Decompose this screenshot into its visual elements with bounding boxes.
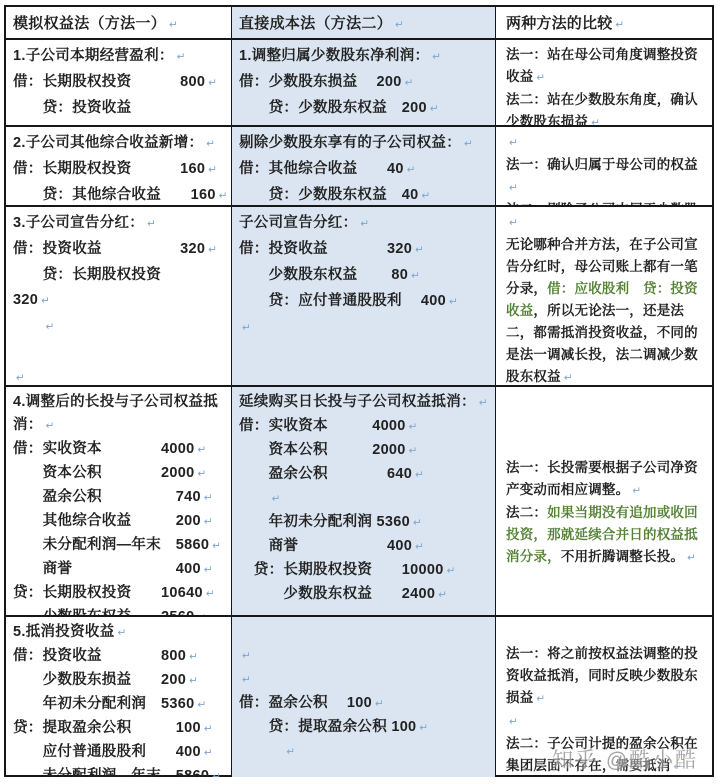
text-segment: 2.子公司其他综合收益新增：	[13, 135, 203, 151]
text-segment: 贷：长期股权投资 10640	[13, 585, 203, 601]
text-line: 法一：长投需要根据子公司净资产变动而相应调整。↵	[506, 457, 708, 502]
text-segment: 借：实收资本 4000	[239, 418, 406, 434]
text-segment: 法二：站在少数股东角度，确认少数股东损益	[506, 92, 698, 125]
paragraph-mark-icon: ↵	[189, 675, 198, 687]
paragraph-mark-icon: ↵	[413, 517, 422, 529]
text-line: 法二：如果当期没有追加或收回投资，那就延续合并日的权益抵消分录，不用折腾调整长投…	[506, 502, 708, 569]
paragraph-mark-icon: ↵	[204, 723, 213, 735]
text-line: 借：少数股东损益 200↵	[239, 70, 493, 96]
paragraph-mark-icon: ↵	[242, 650, 251, 662]
text-segment: 不用折腾调整长投。	[561, 549, 684, 564]
text-segment: 4.调整后的长投与子公司权益抵消：	[13, 394, 218, 433]
text-line: 借：盈余公积 100↵	[239, 692, 493, 716]
paragraph-mark-icon: ↵	[509, 217, 518, 229]
paragraph-mark-icon: ↵	[395, 19, 404, 31]
text-line: 贷：投资收益 800↵	[13, 96, 229, 125]
paragraph-mark-icon: ↵	[206, 588, 215, 600]
text-line: 年初未分配利润 5360↵	[239, 511, 493, 535]
paragraph-mark-icon: ↵	[415, 469, 424, 481]
paragraph-mark-icon: ↵	[46, 420, 55, 432]
table-cell: 1.子公司本期经营盈利：↵借：长期股权投资 800↵ 贷：投资收益 800↵	[6, 40, 232, 125]
text-line: 盈余公积 640↵	[239, 463, 493, 487]
paragraph-mark-icon: ↵	[204, 747, 213, 759]
paragraph-mark-icon: ↵	[197, 612, 206, 615]
text-line	[506, 391, 708, 413]
paragraph-mark-icon: ↵	[242, 674, 251, 686]
table-row: 3.子公司宣告分红：↵借：投资收益 320↵ 贷：长期股权投资 320↵ ↵↵子…	[6, 207, 712, 387]
paragraph-mark-icon: ↵	[409, 421, 418, 433]
text-segment: 3.子公司宣告分红：	[13, 215, 144, 231]
text-segment	[13, 318, 43, 334]
text-segment: 借：投资收益 800	[13, 648, 186, 664]
table-cell: 3.子公司宣告分红：↵借：投资收益 320↵ 贷：长期股权投资 320↵ ↵↵	[6, 207, 232, 385]
text-segment: 法二：剔除子公司中属于少数股东享有的权益	[506, 202, 698, 205]
text-line: 贷：长期股权投资 10640↵	[13, 582, 229, 606]
paragraph-mark-icon: ↵	[208, 244, 217, 256]
text-segment: 借：投资收益 320	[239, 241, 412, 257]
header-method1-label: 模拟权益法（方法一）	[13, 15, 166, 32]
text-line: 未分配利润—年末 5860↵	[13, 765, 229, 777]
table-cell: ↵无论哪种合并方法，在子公司宣告分红时，母公司账上都有一笔分录，借：应收股利 贷…	[496, 207, 712, 385]
text-line: ↵	[13, 365, 229, 385]
watermark: 知乎 @酷小酷	[552, 744, 698, 774]
text-line: 贷：长期股权投资 320↵	[13, 263, 229, 314]
paragraph-mark-icon: ↵	[479, 397, 488, 409]
text-segment: 盈余公积 740	[13, 489, 201, 505]
text-line: 借：投资收益 800↵	[13, 645, 229, 669]
text-line: 应付普通股股利 400↵	[13, 741, 229, 765]
header-method2-label: 直接成本法（方法二）	[239, 15, 392, 32]
paragraph-mark-icon: ↵	[422, 190, 431, 202]
text-segment: 借：长期股权投资 160	[13, 161, 205, 177]
text-line: 3.子公司宣告分红：↵	[13, 211, 229, 237]
paragraph-mark-icon: ↵	[415, 244, 424, 256]
text-segment: 1.调整归属少数股东净利润：	[239, 48, 429, 64]
document-page: 模拟权益法（方法一）↵ 直接成本法（方法二）↵ 两种方法的比较↵ 1.子公司本期…	[0, 0, 720, 784]
text-segment: 贷：长期股权投资 10000	[239, 562, 444, 578]
text-segment: 借：盈余公积 100	[239, 695, 372, 711]
text-segment: 应付普通股股利 400	[13, 744, 201, 760]
text-segment: 商誉 400	[13, 561, 201, 577]
table-header-row: 模拟权益法（方法一）↵ 直接成本法（方法二）↵ 两种方法的比较↵	[6, 7, 712, 40]
paragraph-mark-icon: ↵	[242, 322, 251, 334]
text-segment: ，所以无论法一，还是法二，都需抵消投资收益，不同的是法一调减长投，法二调减少数股…	[506, 303, 698, 384]
text-segment: 年初未分配利润 5360	[13, 696, 194, 712]
paragraph-mark-icon: ↵	[360, 218, 369, 230]
text-line: 盈余公积 740↵	[13, 486, 229, 510]
table-cell: 4.调整后的长投与子公司权益抵消：↵借：实收资本 4000↵ 资本公积 2000…	[6, 387, 232, 615]
text-segment: 贷：提取盈余公积 100	[239, 719, 416, 735]
table-cell: 延续购买日长投与子公司权益抵消：↵借：实收资本 4000↵ 资本公积 2000↵…	[232, 387, 496, 615]
paragraph-mark-icon: ↵	[509, 716, 518, 728]
paragraph-mark-icon: ↵	[286, 746, 295, 758]
table-cell: 2.子公司其他综合收益新增：↵借：长期股权投资 160↵ 贷：其他综合收益 16…	[6, 127, 232, 205]
text-line: ↵	[13, 314, 229, 340]
text-line: 贷：提取盈余公积 100↵	[13, 717, 229, 741]
text-segment: 5.抵消投资收益	[13, 624, 115, 640]
paragraph-mark-icon: ↵	[407, 164, 416, 176]
paragraph-mark-icon: ↵	[204, 492, 213, 504]
paragraph-mark-icon: ↵	[411, 270, 420, 282]
table-cell: 剔除少数股东享有的子公司权益：↵借：其他综合收益 40↵ 贷：少数股东权益 40…	[232, 127, 496, 205]
text-line: 1.调整归属少数股东净利润：↵	[239, 44, 493, 70]
text-line: ↵	[239, 740, 493, 764]
text-segment: 借：实收资本 4000	[13, 441, 194, 457]
table-row: 4.调整后的长投与子公司权益抵消：↵借：实收资本 4000↵ 资本公积 2000…	[6, 387, 712, 617]
text-line: 未分配利润—年末 5860↵	[13, 534, 229, 558]
text-segment: 资本公积 2000	[13, 465, 194, 481]
text-segment: 年初未分配利润 5360	[239, 514, 410, 530]
text-line: 延续购买日长投与子公司权益抵消：↵	[239, 391, 493, 415]
text-segment: 1.子公司本期经营盈利：	[13, 48, 174, 64]
text-line: 其他综合收益 200↵	[13, 510, 229, 534]
text-line: 借：投资收益 320↵	[13, 237, 229, 263]
paragraph-mark-icon: ↵	[197, 699, 206, 711]
text-line: 贷：少数股东权益 200↵	[239, 96, 493, 122]
paragraph-mark-icon: ↵	[464, 138, 473, 150]
text-line: 子公司宣告分红：↵	[239, 211, 493, 237]
text-line: 贷：应付普通股股利 400↵	[239, 289, 493, 315]
text-segment: 贷：少数股东权益 200	[239, 100, 427, 116]
text-line: 借：长期股权投资 160↵	[13, 157, 229, 183]
paragraph-mark-icon: ↵	[615, 19, 624, 31]
paragraph-mark-icon: ↵	[147, 218, 156, 230]
paragraph-mark-icon: ↵	[430, 103, 439, 115]
table-cell: 1.调整归属少数股东净利润：↵借：少数股东损益 200↵ 贷：少数股东权益 20…	[232, 40, 496, 125]
table-cell: 5.抵消投资收益↵借：投资收益 800↵ 少数股东损益 200↵ 年初未分配利润…	[6, 617, 232, 777]
text-line: 2.子公司其他综合收益新增：↵	[13, 131, 229, 157]
paragraph-mark-icon: ↵	[687, 552, 696, 564]
text-segment: 子公司宣告分红：	[239, 215, 357, 231]
paragraph-mark-icon: ↵	[536, 693, 545, 705]
text-line: 1.子公司本期经营盈利：↵	[13, 44, 229, 70]
paragraph-mark-icon: ↵	[169, 19, 178, 31]
text-line: 法二：剔除子公司中属于少数股东享有的权益↵	[506, 199, 708, 205]
paragraph-mark-icon: ↵	[219, 190, 228, 202]
text-line: 商誉 400↵	[13, 558, 229, 582]
text-segment: 贷：应付普通股股利 400	[239, 293, 446, 309]
table-body: 1.子公司本期经营盈利：↵借：长期股权投资 800↵ 贷：投资收益 800↵1.…	[6, 40, 712, 777]
text-line	[13, 340, 229, 365]
text-segment: 贷：提取盈余公积 100	[13, 720, 201, 736]
paragraph-mark-icon: ↵	[432, 51, 441, 63]
comparison-table: 模拟权益法（方法一）↵ 直接成本法（方法二）↵ 两种方法的比较↵ 1.子公司本期…	[4, 5, 714, 777]
text-segment: 盈余公积 640	[239, 466, 412, 482]
paragraph-mark-icon: ↵	[118, 627, 127, 639]
text-line: 贷：长期股权投资 10000↵	[239, 559, 493, 583]
text-segment: 未分配利润—年末 5860	[13, 537, 209, 553]
text-line: 少数股东权益 80↵	[239, 263, 493, 289]
text-line: 4.调整后的长投与子公司权益抵消：↵	[13, 391, 229, 438]
text-line	[506, 413, 708, 435]
text-segment: 少数股东权益 2560	[13, 609, 194, 615]
paragraph-mark-icon: ↵	[204, 564, 213, 576]
text-segment: 少数股东权益 80	[239, 267, 408, 283]
text-segment: 借：其他综合收益 40	[239, 161, 404, 177]
paragraph-mark-icon: ↵	[632, 485, 641, 497]
text-line: ↵	[239, 607, 493, 615]
paragraph-mark-icon: ↵	[591, 117, 600, 125]
text-line: 商誉 400↵	[239, 535, 493, 559]
table-row: 1.子公司本期经营盈利：↵借：长期股权投资 800↵ 贷：投资收益 800↵1.…	[6, 40, 712, 127]
paragraph-mark-icon: ↵	[41, 295, 50, 307]
text-line: 资本公积 2000↵	[13, 462, 229, 486]
table-cell: ↵法一：确认归属于母公司的权益↵法二：剔除子公司中属于少数股东享有的权益↵	[496, 127, 712, 205]
text-line: 少数股东权益 2560↵	[13, 606, 229, 615]
paragraph-mark-icon: ↵	[564, 372, 573, 384]
text-segment: 借：投资收益 320	[13, 241, 205, 257]
text-line: 借：实收资本 4000↵	[239, 415, 493, 439]
paragraph-mark-icon: ↵	[419, 722, 428, 734]
text-segment: 法一：确认归属于母公司的权益	[506, 157, 698, 172]
text-line: 年初未分配利润 5360↵	[13, 693, 229, 717]
paragraph-mark-icon: ↵	[177, 51, 186, 63]
text-line: ↵	[239, 668, 493, 692]
text-segment: 借：长期股权投资 800	[13, 74, 205, 90]
table-cell: 子公司宣告分红：↵借：投资收益 320↵ 少数股东权益 80↵ 贷：应付普通股股…	[232, 207, 496, 385]
header-cell-comparison: 两种方法的比较↵	[496, 7, 712, 38]
text-segment: 剔除少数股东享有的子公司权益：	[239, 135, 461, 151]
text-line: ↵	[239, 487, 493, 511]
paragraph-mark-icon: ↵	[415, 541, 424, 553]
paragraph-mark-icon: ↵	[208, 77, 217, 89]
text-line: 借：长期股权投资 800↵	[13, 70, 229, 96]
text-segment: 延续购买日长投与子公司权益抵消：	[239, 394, 476, 410]
paragraph-mark-icon: ↵	[206, 138, 215, 150]
text-segment: 少数股东损益 200	[13, 672, 186, 688]
table-row: 2.子公司其他综合收益新增：↵借：长期股权投资 160↵ 贷：其他综合收益 16…	[6, 127, 712, 207]
paragraph-mark-icon: ↵	[46, 321, 55, 333]
text-segment: 其他综合收益 200	[13, 513, 201, 529]
text-segment	[239, 743, 283, 759]
text-segment: 法一：将之前按权益法调整的投资收益抵消，同时反映少数股东损益	[506, 646, 698, 705]
text-line	[239, 621, 493, 644]
text-line: ↵	[239, 315, 493, 341]
text-line: 5.抵消投资收益↵	[13, 621, 229, 645]
text-line: 少数股东权益 2400↵	[239, 583, 493, 607]
text-line	[506, 621, 708, 643]
paragraph-mark-icon: ↵	[204, 516, 213, 528]
text-segment: 法二：	[506, 505, 547, 520]
text-line	[506, 435, 708, 457]
paragraph-mark-icon: ↵	[16, 372, 25, 384]
paragraph-mark-icon: ↵	[509, 137, 518, 149]
text-segment: 贷：其他综合收益 160	[13, 187, 216, 203]
text-segment: 商誉 400	[239, 538, 412, 554]
text-line: 资本公积 2000↵	[239, 439, 493, 463]
paragraph-mark-icon: ↵	[409, 445, 418, 457]
text-line: 法一：确认归属于母公司的权益↵	[506, 154, 708, 199]
text-line: 法二：站在少数股东角度，确认少数股东损益↵	[506, 89, 708, 125]
text-line: 少数股东损益 200↵	[13, 669, 229, 693]
table-cell: ↵↵借：盈余公积 100↵ 贷：提取盈余公积 100↵ ↵	[232, 617, 496, 777]
text-line: 法一：将之前按权益法调整的投资收益抵消，同时反映少数股东损益↵	[506, 643, 708, 710]
text-line: ↵	[239, 644, 493, 668]
paragraph-mark-icon: ↵	[197, 468, 206, 480]
text-segment: 贷：少数股东权益 40	[239, 187, 419, 203]
text-segment: 借：少数股东损益 200	[239, 74, 402, 90]
text-line: 贷：其他综合收益 160↵	[13, 183, 229, 205]
paragraph-mark-icon: ↵	[438, 589, 447, 601]
paragraph-mark-icon: ↵	[212, 771, 221, 777]
paragraph-mark-icon: ↵	[405, 77, 414, 89]
paragraph-mark-icon: ↵	[189, 651, 198, 663]
text-segment: 贷：投资收益 800	[13, 100, 195, 125]
text-line: ↵	[506, 710, 708, 733]
text-line: 贷：少数股东权益 40↵	[239, 183, 493, 205]
text-segment: 法一：站在母公司角度调整投资收益	[506, 47, 698, 84]
paragraph-mark-icon: ↵	[208, 164, 217, 176]
paragraph-mark-icon: ↵	[509, 182, 518, 194]
text-segment	[239, 490, 269, 506]
paragraph-mark-icon: ↵	[375, 698, 384, 710]
text-line: ↵	[506, 131, 708, 154]
paragraph-mark-icon: ↵	[447, 565, 456, 577]
text-line: 剔除少数股东享有的子公司权益：↵	[239, 131, 493, 157]
header-comparison-label: 两种方法的比较	[506, 15, 612, 32]
paragraph-mark-icon: ↵	[197, 444, 206, 456]
text-line: 借：其他综合收益 40↵	[239, 157, 493, 183]
paragraph-mark-icon: ↵	[212, 540, 221, 552]
text-segment: 资本公积 2000	[239, 442, 406, 458]
text-line: 无论哪种合并方法，在子公司宣告分红时，母公司账上都有一笔分录，借：应收股利 贷：…	[506, 234, 708, 385]
text-segment: 少数股东权益 2400	[239, 586, 435, 602]
paragraph-mark-icon: ↵	[536, 72, 545, 84]
text-line: ↵	[506, 211, 708, 234]
text-segment: 未分配利润—年末 5860	[13, 768, 209, 777]
text-line: 法一：站在母公司角度调整投资收益↵	[506, 44, 708, 89]
paragraph-mark-icon: ↵	[272, 493, 281, 505]
header-cell-method2: 直接成本法（方法二）↵	[232, 7, 496, 38]
text-line: 借：实收资本 4000↵	[13, 438, 229, 462]
text-segment: 法一：长投需要根据子公司净资产变动而相应调整。	[506, 460, 698, 497]
table-cell: 法一：长投需要根据子公司净资产变动而相应调整。↵法二：如果当期没有追加或收回投资…	[496, 387, 712, 615]
text-line: 借：投资收益 320↵	[239, 237, 493, 263]
paragraph-mark-icon: ↵	[242, 613, 251, 615]
table-cell: 法一：站在母公司角度调整投资收益↵法二：站在少数股东角度，确认少数股东损益↵	[496, 40, 712, 125]
paragraph-mark-icon: ↵	[449, 296, 458, 308]
header-cell-method1: 模拟权益法（方法一）↵	[6, 7, 232, 38]
text-line: 贷：提取盈余公积 100↵	[239, 716, 493, 740]
